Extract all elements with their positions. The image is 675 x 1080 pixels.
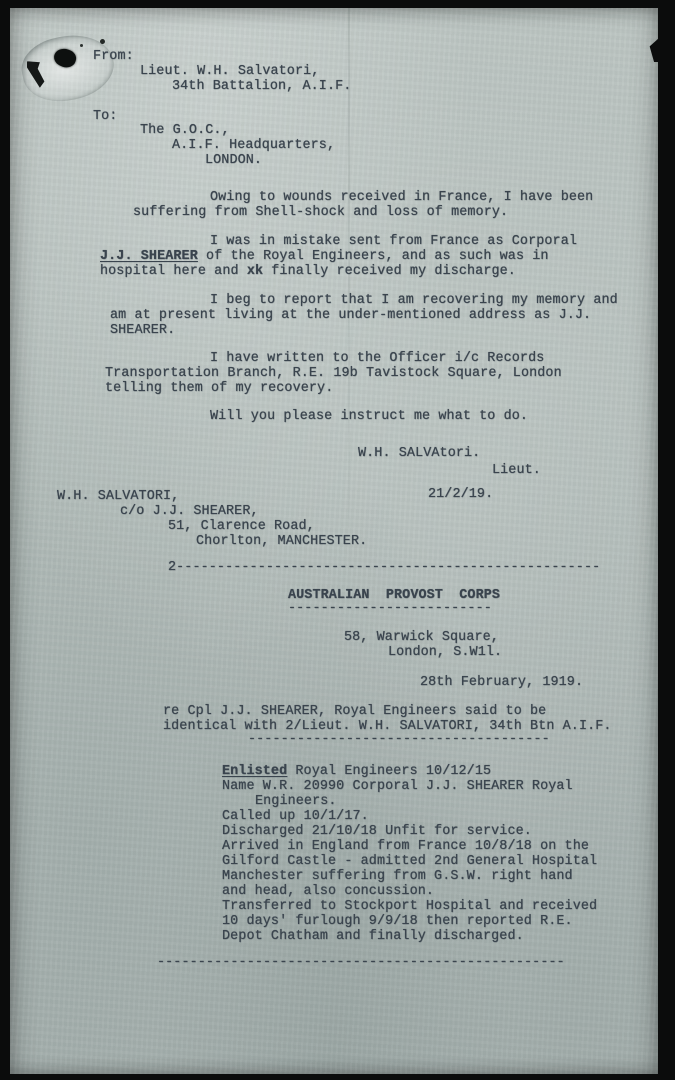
body-line: I was in mistake sent from France as Cor…: [210, 234, 577, 249]
body-line: am at present living at the under-mentio…: [110, 308, 591, 323]
record-line-rest: Royal Engineers 10/12/15: [287, 764, 491, 779]
underlined-word: Enlisted: [222, 764, 287, 779]
body-line: SHEARER.: [110, 323, 175, 338]
record-line: Manchester suffering from G.S.W. right h…: [222, 869, 573, 884]
record-line: and head, also concussion.: [222, 884, 434, 899]
sender-address-line: c/o J.J. SHEARER,: [120, 504, 259, 519]
body-line: Owing to wounds received in France, I ha…: [210, 190, 593, 205]
to-line: LONDON.: [205, 153, 262, 168]
to-line: The G.O.C.,: [140, 123, 230, 138]
provost-address-line: 58, Warwick Square,: [344, 630, 499, 645]
from-line: 34th Battalion, A.I.F.: [172, 79, 351, 94]
record-line: Discharged 21/10/18 Unfit for service.: [222, 824, 532, 839]
typed-divider: 2---------------------------------------…: [168, 560, 600, 575]
record-line: Enlisted Royal Engineers 10/12/15: [222, 764, 491, 779]
body-line-rest: of the Royal Engineers, and as such was …: [198, 249, 549, 264]
re-subject-line: re Cpl J.J. SHEARER, Royal Engineers sai…: [163, 704, 546, 719]
body-line-part: hospital here and: [100, 264, 247, 279]
subject-underline: -------------------------------------: [248, 732, 550, 747]
record-line: Name W.R. 20990 Corporal J.J. SHEARER Ro…: [222, 779, 573, 794]
to-line: A.I.F. Headquarters,: [172, 138, 335, 153]
title-underline: -------------------------: [288, 601, 492, 616]
record-line: Engineers.: [255, 794, 337, 809]
to-label: To:: [93, 109, 117, 124]
struck-out-word: xk: [247, 264, 263, 279]
from-line: Lieut. W.H. Salvatori,: [140, 64, 319, 79]
record-line: Arrived in England from France 10/8/18 o…: [222, 839, 589, 854]
body-line: telling them of my recovery.: [105, 381, 333, 396]
body-line-part: finally received my discharge.: [263, 264, 516, 279]
sender-name: W.H. SALVATORI,: [57, 489, 179, 504]
record-line: Transferred to Stockport Hospital and re…: [222, 899, 597, 914]
from-label: From:: [93, 49, 134, 64]
letter-date: 21/2/19.: [428, 487, 493, 502]
ink-speck: [80, 44, 83, 47]
underlined-name: J.J. SHEARER: [100, 249, 198, 264]
record-line: Called up 10/1/17.: [222, 809, 369, 824]
sender-address-line: 51, Clarence Road,: [168, 519, 315, 534]
body-line: suffering from Shell-shock and loss of m…: [133, 205, 508, 220]
body-line: I have written to the Officer i/c Record…: [210, 351, 544, 366]
sender-address-line: Chorlton, MANCHESTER.: [196, 534, 367, 549]
body-line: hospital here and xk finally received my…: [100, 264, 516, 279]
provost-date: 28th February, 1919.: [420, 675, 583, 690]
paper-sheet: From: Lieut. W.H. Salvatori, 34th Battal…: [10, 8, 658, 1074]
body-line: I beg to report that I am recovering my …: [210, 293, 618, 308]
scanned-letter-screenshot: { "header": { "from_label": "From:", "fr…: [0, 0, 675, 1080]
signature-name: W.H. SALVAtori.: [358, 446, 480, 461]
provost-address-line: London, S.W1l.: [388, 645, 502, 660]
record-line: Depot Chatham and finally discharged.: [222, 929, 524, 944]
record-line: 10 days' furlough 9/9/18 then reported R…: [222, 914, 573, 929]
typed-divider: ----------------------------------------…: [157, 955, 565, 970]
body-line: Transportation Branch, R.E. 19b Tavistoc…: [105, 366, 562, 381]
body-line: J.J. SHEARER of the Royal Engineers, and…: [100, 249, 549, 264]
signature-rank: Lieut.: [492, 463, 541, 478]
body-line: Will you please instruct me what to do.: [210, 409, 528, 424]
record-line: Gilford Castle - admitted 2nd General Ho…: [222, 854, 597, 869]
